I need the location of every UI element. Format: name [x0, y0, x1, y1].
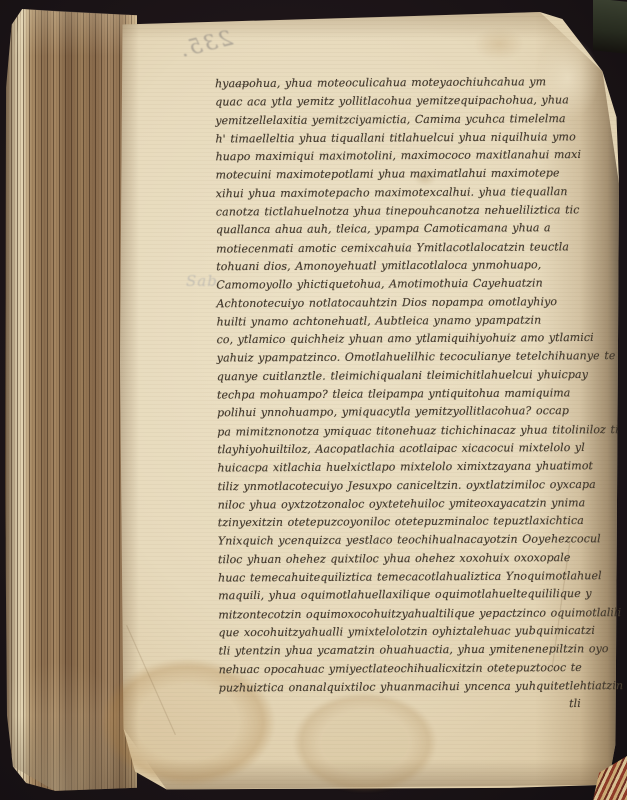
text-line: huapo maximiqui maximotolini, maximococo… — [215, 146, 611, 167]
margin-showthrough-ghost: Sab — [186, 272, 218, 290]
text-line: niloc yhua oyxtzotzonaloc oyxtetehuiloc … — [218, 494, 614, 515]
text-line: Achtonotecuiyo notlatocauhtzin Dios nopa… — [216, 292, 612, 313]
text-line: huac temecahuitequiliztica temecacotlahu… — [218, 567, 614, 588]
text-line: tzinyexitzin otetepuzcoyoniloc otetepuzm… — [218, 512, 614, 533]
text-line: Camomoyollo yhictiquetohua, Amotimothuia… — [216, 274, 612, 295]
binding-fragment — [593, 0, 627, 54]
text-line: huilti ynamo achtonehuatl, Aubtleica yna… — [217, 311, 613, 332]
text-line: tli ytentzin yhua ycamatzin ohuahuactia,… — [219, 640, 615, 661]
text-line: nehuac opocahuac ymiyectlateochihualicxi… — [219, 658, 615, 679]
book-fore-edge — [5, 9, 137, 794]
text-line: quallanca ahua auh, tleica, ypampa Camot… — [216, 219, 612, 240]
text-line: co, ytlamico quichheiz yhuan amo ytlamiq… — [217, 329, 613, 350]
text-line: puzhuiztica onanalquixtiloc yhuanmacihui… — [219, 677, 615, 698]
text-line: motiecenmati amotic cemixcahuia Ymitlaco… — [216, 238, 612, 259]
book-photograph: 235. Sab hyaa̶p̶ohua, yhua moteoculicahu… — [0, 0, 627, 800]
manuscript-text-block: hyaa̶p̶ohua, yhua moteoculicahua moteyao… — [215, 73, 615, 716]
text-line: quac aca ytla yemitz yollitlacohua yemit… — [215, 91, 611, 112]
text-line: huicacpa xitlachia huelxictlapo mixtelol… — [217, 457, 613, 478]
text-line: xihui yhua maximotepacho maximotexcalhui… — [216, 183, 612, 204]
text-line: tohuani dios, Amonoyehuatl ymitlacotlalo… — [216, 256, 612, 277]
text-line: canotza tictlahuelnotza yhua tinepouhcan… — [216, 201, 612, 222]
text-line: yahuiz ypampatzinco. Omotlahuelilhic tec… — [217, 348, 613, 369]
text-line: motecuini maximotepotlami yhua maximatla… — [216, 165, 612, 186]
text-line: mitzontecotzin oquimoxocohuitzyahualtili… — [218, 604, 614, 625]
text-line: tiloc yhuan ohehez quixtiloc yhua ohehez… — [218, 549, 614, 570]
text-line: hyaa̶p̶ohua, yhua moteoculicahua moteyao… — [215, 73, 611, 94]
text-line: maquili, yhua oquimotlahuellaxilique oqu… — [218, 585, 614, 606]
text-line: pa mimitznonotza ymiquac titonehuaz tich… — [217, 421, 613, 442]
text-line: h' timaelleltia yhua tiquallani titlahue… — [215, 128, 611, 149]
text-line: yemitzellelaxitia yemitzciyamictia, Cami… — [215, 109, 611, 130]
text-line: Ynixquich ycenquizca yestlaco teochihual… — [218, 531, 614, 552]
text-line: que xocohuitzyahualli ymixtelolotzin oyh… — [218, 622, 614, 643]
text-line: tiliz ynmotlacotecuiyo Jesuxpo caniceltz… — [218, 475, 614, 496]
text-line: techpa mohuampo? tleica tleipampa yntiqu… — [217, 384, 613, 405]
text-line: quanye cuitlanztle. tleimichiqualani tle… — [217, 366, 613, 387]
text-line: polihui ynnohuampo, ymiquacytla yemitzyo… — [217, 402, 613, 423]
catchword: tli — [219, 695, 615, 716]
text-line: tlayhiyohuiltiloz, Aacopatlachia acotlai… — [217, 439, 613, 460]
